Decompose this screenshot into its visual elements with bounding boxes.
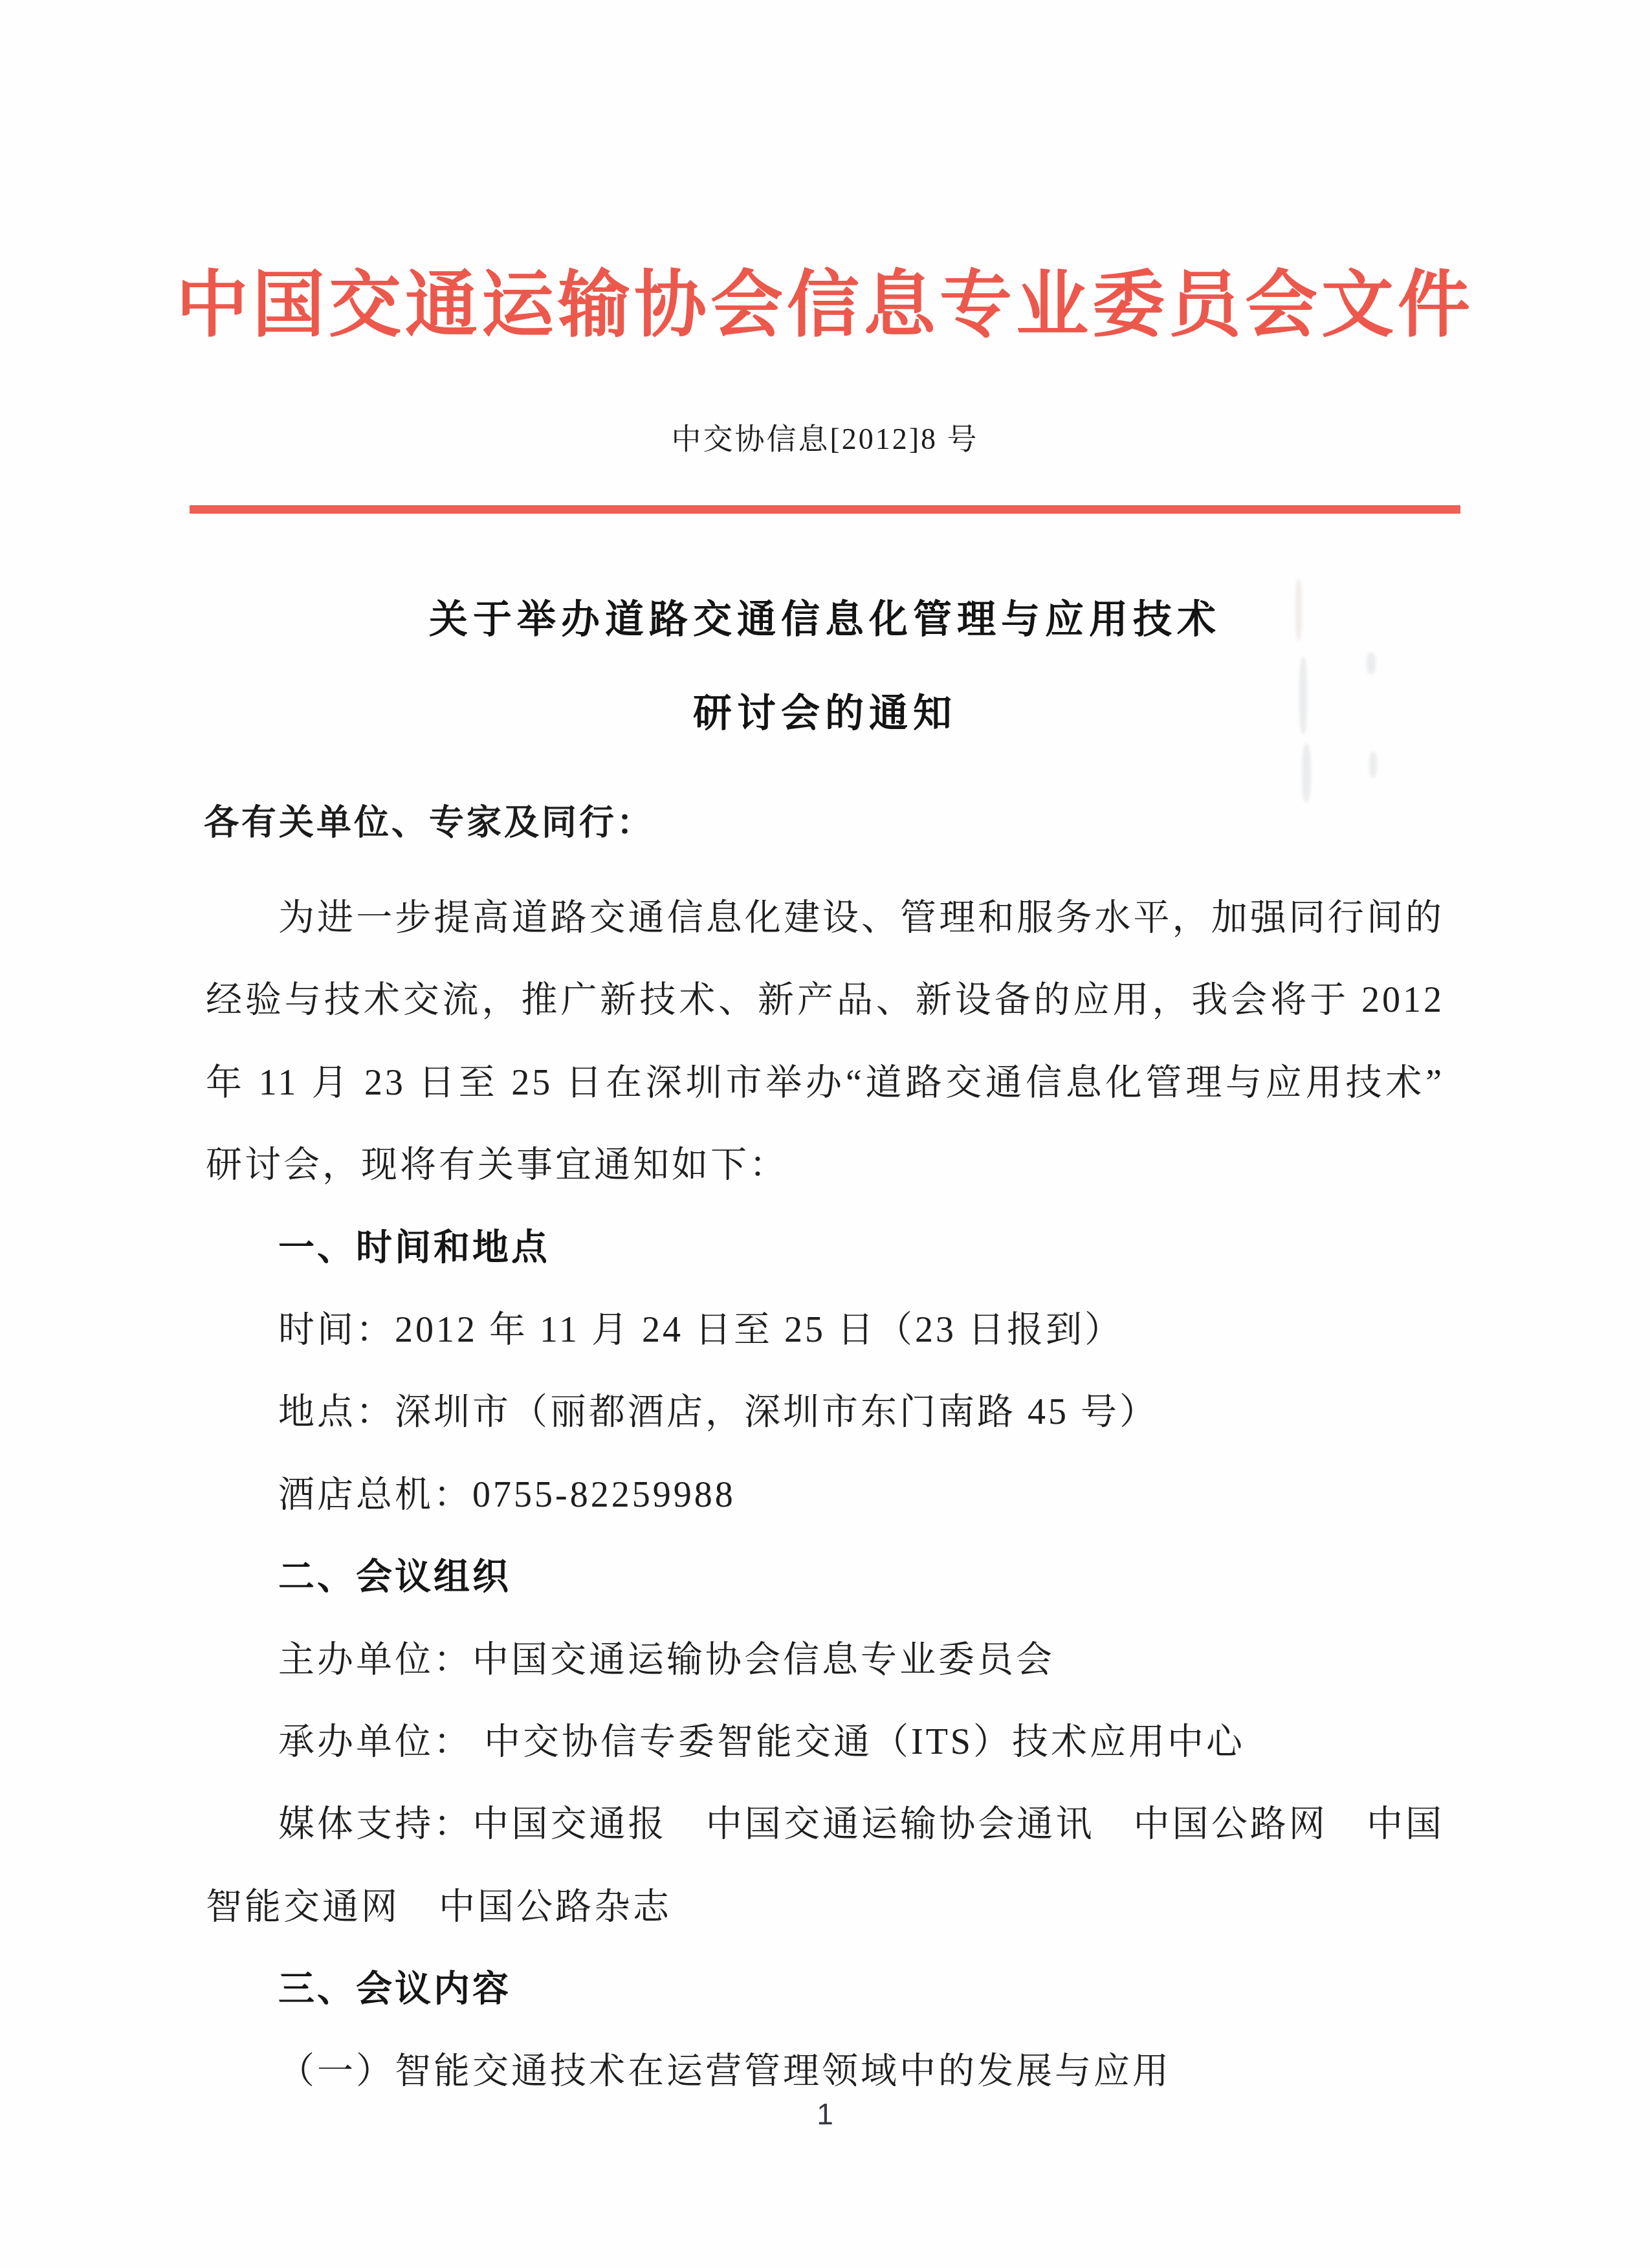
org-header-title: 中国交通运输协会信息专业委员会文件	[0, 257, 1650, 354]
scan-artifact	[1299, 657, 1307, 734]
page-number: 1	[0, 2096, 1650, 2132]
scan-artifact	[1295, 579, 1302, 640]
body-line-location: 地点：深圳市（丽都酒店，深圳市东门南路 45 号）	[206, 1371, 1444, 1454]
document-page: 中国交通运输协会信息专业委员会文件 中交协信息[2012]8 号 关于举办道路交…	[0, 0, 1650, 2268]
section-heading-content: 三、会议内容	[206, 1948, 1444, 2031]
body-line-media-2: 智能交通网 中国公路杂志	[206, 1866, 1444, 1948]
body-line-4: 研讨会，现将有关事宜通知如下：	[206, 1124, 1444, 1206]
body-line-1: 为进一步提高道路交通信息化建设、管理和服务水平，加强同行间的	[206, 877, 1444, 959]
body-line-time: 时间：2012 年 11 月 24 日至 25 日（23 日报到）	[206, 1289, 1444, 1371]
doc-number: 中交协信息[2012]8 号	[0, 419, 1650, 459]
body-line-2: 经验与技术交流，推广新技术、新产品、新设备的应用，我会将于 2012	[206, 959, 1444, 1041]
notice-title-line2: 研讨会的通知	[0, 690, 1650, 737]
red-divider	[190, 505, 1460, 514]
section-heading-time-location: 一、时间和地点	[206, 1207, 1444, 1289]
body-line-3: 年 11 月 23 日至 25 日在深圳市举办“道路交通信息化管理与应用技术”	[206, 1042, 1444, 1124]
body-line-organizer: 承办单位： 中交协信专委智能交通（ITS）技术应用中心	[206, 1701, 1444, 1783]
scan-artifact	[1367, 652, 1376, 674]
body-line-hotel-phone: 酒店总机：0755-82259988	[206, 1454, 1444, 1536]
body-line-host: 主办单位：中国交通运输协会信息专业委员会	[206, 1619, 1444, 1701]
section-heading-organization: 二、会议组织	[206, 1536, 1444, 1619]
scan-artifact	[1302, 744, 1311, 802]
notice-title-line1: 关于举办道路交通信息化管理与应用技术	[0, 596, 1650, 643]
body-line-media-1: 媒体支持：中国交通报 中国交通运输协会通讯 中国公路网 中国	[206, 1783, 1444, 1866]
salutation: 各有关单位、专家及同行：	[204, 802, 654, 844]
scan-artifact	[1369, 752, 1377, 778]
body-text: 为进一步提高道路交通信息化建设、管理和服务水平，加强同行间的 经验与技术交流，推…	[206, 877, 1444, 2113]
